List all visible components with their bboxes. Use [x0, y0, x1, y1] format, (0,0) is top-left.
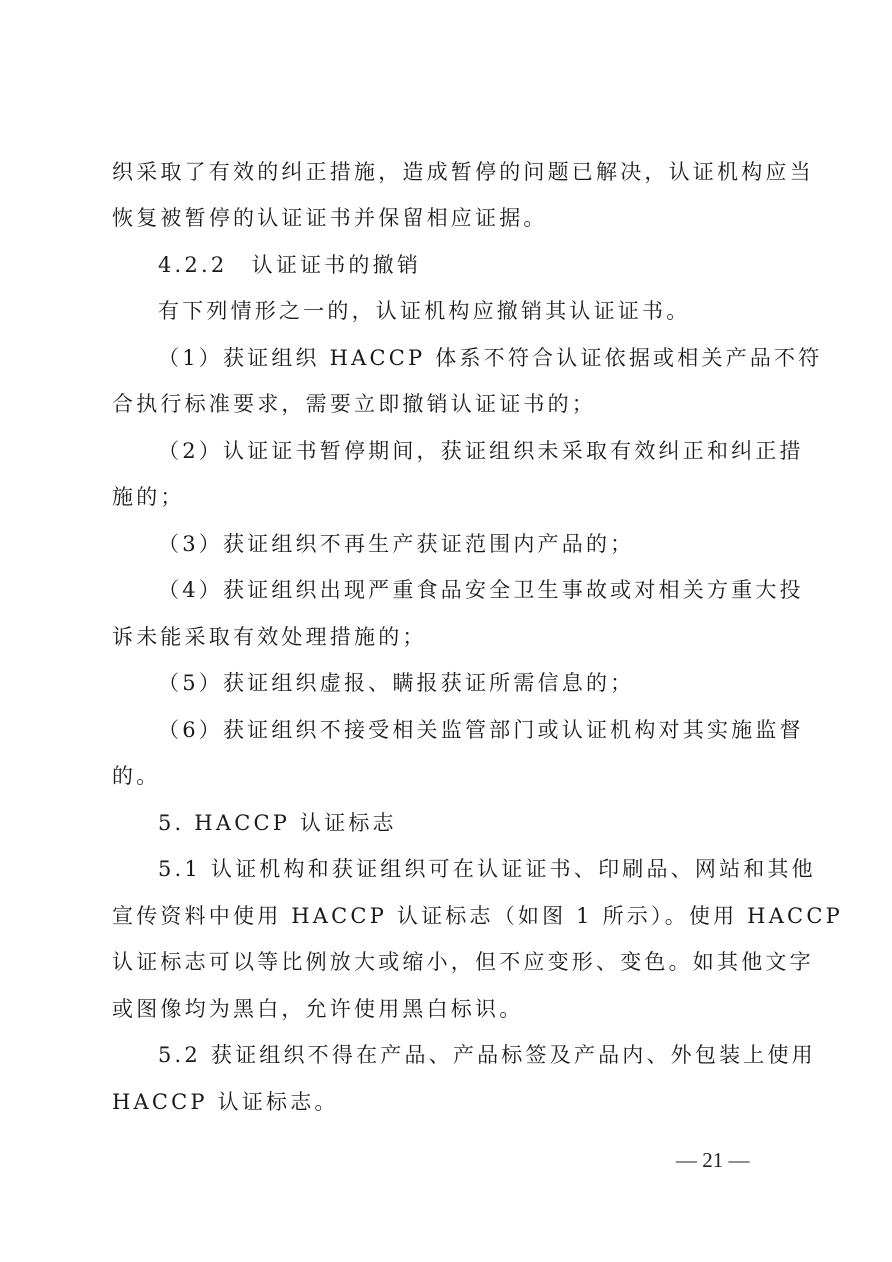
- list-item-4-cont: 诉未能采取有效处理措施的；: [112, 622, 427, 652]
- list-item-3: （3）获证组织不再生产获证范围内产品的；: [158, 529, 634, 559]
- paragraph-line: 有下列情形之一的，认证机构应撤销其认证证书。: [158, 296, 690, 326]
- list-item-1: （1）获证组织 HACCP 体系不符合认证依据或相关产品不符: [158, 343, 822, 373]
- list-item-2: （2）认证证书暂停期间，获证组织未采取有效纠正和纠正措: [158, 436, 804, 466]
- clause-5-2-cont: HACCP 认证标志。: [112, 1087, 339, 1117]
- clause-5-1-cont: 宣传资料中使用 HACCP 认证标志（如图 1 所示）。使用 HACCP: [112, 901, 843, 931]
- list-item-5: （5）获证组织虚报、瞒报获证所需信息的；: [158, 668, 634, 698]
- list-item-6-cont: 的。: [112, 761, 160, 791]
- section-heading-5: 5. HACCP 认证标志: [158, 808, 397, 838]
- list-item-1-cont: 合执行标准要求，需要立即撤销认证证书的；: [112, 389, 596, 419]
- list-item-2-cont: 施的；: [112, 482, 185, 512]
- clause-5-1-cont: 认证标志可以等比例放大或缩小，但不应变形、变色。如其他文字: [112, 947, 814, 977]
- page-number: — 21 —: [676, 1148, 750, 1173]
- list-item-6: （6）获证组织不接受相关监管部门或认证机构对其实施监督: [158, 715, 804, 745]
- clause-5-1: 5.1 认证机构和获证组织可在认证证书、印刷品、网站和其他: [158, 854, 816, 884]
- paragraph-line: 织采取了有效的纠正措施，造成暂停的问题已解决，认证机构应当: [112, 157, 814, 187]
- section-heading-4-2-2: 4.2.2 认证证书的撤销: [158, 250, 421, 280]
- clause-5-2: 5.2 获证组织不得在产品、产品标签及产品内、外包装上使用: [158, 1040, 816, 1070]
- clause-5-1-cont: 或图像均为黑白，允许使用黑白标识。: [112, 994, 523, 1024]
- list-item-4: （4）获证组织出现严重食品安全卫生事故或对相关方重大投: [158, 575, 804, 605]
- paragraph-line: 恢复被暂停的认证证书并保留相应证据。: [112, 203, 548, 233]
